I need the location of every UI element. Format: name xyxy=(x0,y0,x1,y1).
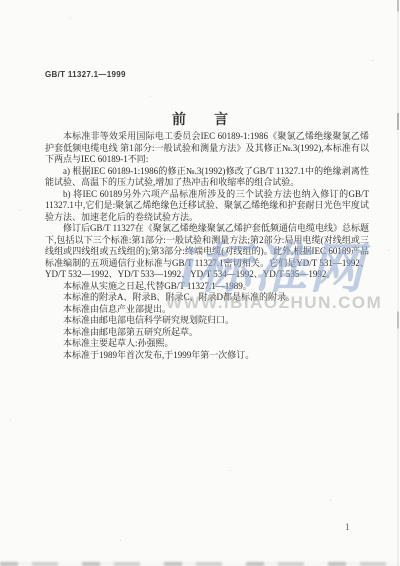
paragraph-drafted-by: 本标准由邮电部第五研究所起草。 xyxy=(45,327,369,339)
page-number: 1 xyxy=(345,522,350,532)
scan-edge-right-artifact xyxy=(397,0,399,566)
foreword-body: 本标准非等效采用国际电工委员会IEC 60189-1:1986《聚氯乙烯绝缘聚氯… xyxy=(45,131,369,361)
paragraph-replaces: 本标准从实施之日起,代替GB/T 11327.1—1989。 xyxy=(45,281,369,293)
scan-edge-bottom-artifact xyxy=(0,562,400,566)
standard-number: GB/T 11327.1—1999 xyxy=(45,70,126,79)
scan-noise-speckles xyxy=(0,0,1,1)
paragraph-annexes: 本标准的附录A、附录B、附录C、附录D都是标准的附录。 xyxy=(45,292,369,304)
paragraph-centralized-by: 本标准由邮电部电信科学研究规划院归口。 xyxy=(45,315,369,327)
paragraph-intro: 本标准非等效采用国际电工委员会IEC 60189-1:1986《聚氯乙烯绝缘聚氯… xyxy=(45,131,369,166)
paragraph-drafters: 本标准主要起草人:孙强熙。 xyxy=(45,338,369,350)
foreword-title: 前 言 xyxy=(0,109,400,129)
scanned-document-page: GB/T 11327.1—1999 前 言 本标准非等效采用国际电工委员会IEC… xyxy=(0,0,400,566)
paragraph-item-b: b) 将IEC 60189另外六项产品标准所涉及的三个试验方法也纳入修订的GB/… xyxy=(45,189,369,224)
paragraph-revision: 修订后GB/T 11327在《聚氯乙烯绝缘聚氯乙烯护套低频通信电缆电线》总标题下… xyxy=(45,223,369,281)
paragraph-history: 本标准于1989年首次发布,于1999年第一次修订。 xyxy=(45,350,369,362)
paragraph-proposed-by: 本标准由信息产业部提出。 xyxy=(45,304,369,316)
paragraph-item-a: a) 根据IEC 60189-1:1986的修正№.3(1992)修改了GB/T… xyxy=(45,166,369,189)
